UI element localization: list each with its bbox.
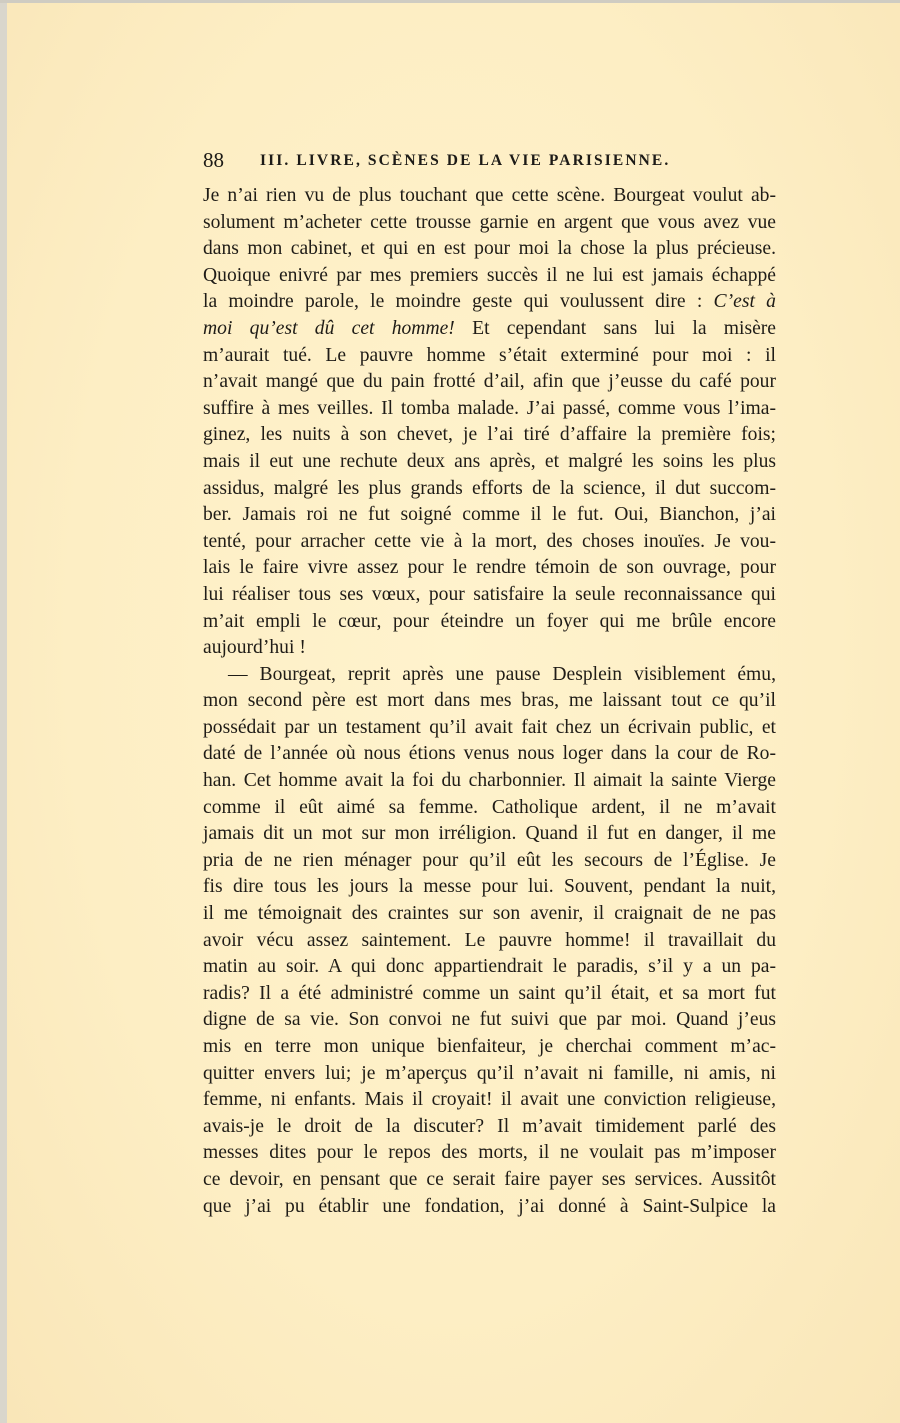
text-line: han. Cet homme avait la foi du charbonni… [203, 768, 776, 795]
body-text: Je n’ai rien vu de plus touchant que cet… [203, 183, 776, 1220]
text-line: m’ait empli le cœur, pour éteindre un fo… [203, 609, 776, 636]
text-line: suffire à mes veilles. Il tomba malade. … [203, 396, 776, 423]
italic-quote: moi qu’est dû cet homme! [203, 318, 455, 339]
text-span: la moindre parole, le moindre geste qui … [203, 291, 702, 312]
text-line: matin au soir. A qui donc appartiendrait… [203, 954, 776, 981]
text-line: tenté, pour arracher cette vie à la mort… [203, 529, 776, 556]
text-line: ce devoir, en pensant que ce serait fair… [203, 1167, 776, 1194]
text-line: aujourd’hui ! [203, 635, 776, 662]
italic-quote: C’est à [714, 291, 776, 312]
text-line: m’aurait tué. Le pauvre homme s’était ex… [203, 343, 776, 370]
text-line: mais il eut une rechute deux ans après, … [203, 449, 776, 476]
text-line: possédait par un testament qu’il avait f… [203, 715, 776, 742]
text-line: messes dites pour le repos des morts, il… [203, 1140, 776, 1167]
text-line: assidus, malgré les plus grands efforts … [203, 476, 776, 503]
page-header: 88 III. LIVRE, SCÈNES DE LA VIE PARISIEN… [203, 148, 775, 174]
text-line: ginez, les nuits à son chevet, je l’ai t… [203, 422, 776, 449]
text-line: radis? Il a été administré comme un sain… [203, 981, 776, 1008]
text-line: fis dire tous les jours la messe pour lu… [203, 874, 776, 901]
text-line: solument m’acheter cette trousse garnie … [203, 210, 776, 237]
text-line: que j’ai pu établir une fondation, j’ai … [203, 1194, 776, 1221]
text-line: la moindre parole, le moindre geste qui … [203, 289, 776, 316]
text-line: mon second père est mort dans mes bras, … [203, 688, 776, 715]
text-line: — Bourgeat, reprit après une pause Despl… [203, 662, 776, 689]
text-line: mis en terre mon unique bienfaiteur, je … [203, 1034, 776, 1061]
text-line: moi qu’est dû cet homme! Et cependant sa… [203, 316, 776, 343]
text-line: avoir vécu assez saintement. Le pauvre h… [203, 928, 776, 955]
text-line: pria de ne rien ménager pour qu’il eût l… [203, 848, 776, 875]
text-line: ber. Jamais roi ne fut soigné comme il l… [203, 502, 776, 529]
text-line: comme il eût aimé sa femme. Catholique a… [203, 795, 776, 822]
text-line: n’avait mangé que du pain frotté d’ail, … [203, 369, 776, 396]
text-line: il me témoignait des craintes sur son av… [203, 901, 776, 928]
text-line: Je n’ai rien vu de plus touchant que cet… [203, 183, 776, 210]
text-line: Quoique enivré par mes premiers succès i… [203, 263, 776, 290]
text-line: quitter envers lui; je m’aperçus qu’il n… [203, 1061, 776, 1088]
text-line: lui réaliser tous ses vœux, pour satisfa… [203, 582, 776, 609]
text-line: femme, ni enfants. Mais il croyait! il a… [203, 1087, 776, 1114]
text-line: dans mon cabinet, et qui en est pour moi… [203, 236, 776, 263]
text-line: avais-je le droit de la discuter? Il m’a… [203, 1114, 776, 1141]
text-line: lais le faire vivre assez pour le rendre… [203, 555, 776, 582]
page-number: 88 [203, 148, 224, 173]
text-line: daté de l’année où nous étions venus nou… [203, 741, 776, 768]
text-span: Et cependant sans lui la misère [472, 318, 776, 339]
text-line: digne de sa vie. Son convoi ne fut suivi… [203, 1007, 776, 1034]
text-line: jamais dit un mot sur mon irréligion. Qu… [203, 821, 776, 848]
running-title: III. LIVRE, SCÈNES DE LA VIE PARISIENNE. [260, 152, 670, 170]
